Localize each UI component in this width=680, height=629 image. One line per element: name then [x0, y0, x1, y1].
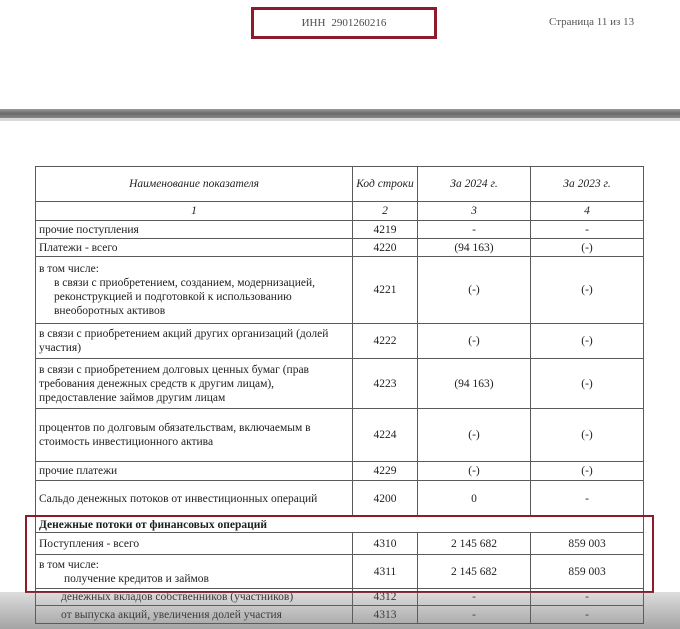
row-value-2023: (-) [531, 409, 644, 462]
row-code: 4220 [353, 239, 418, 257]
row-value-2023: (-) [531, 359, 644, 409]
row-code: 4311 [353, 555, 418, 589]
row-value-2024: (-) [418, 409, 531, 462]
inn-highlight-box: ИНН 2901260216 [251, 7, 437, 39]
section-title: Денежные потоки от финансовых операций [36, 517, 644, 533]
row-value-2023: - [531, 589, 644, 606]
table-row: Поступления - всего 4310 2 145 682 859 0… [36, 533, 644, 555]
inn-value: 2901260216 [331, 17, 386, 29]
row-name-prefix: в том числе: [39, 558, 349, 572]
table-row: Платежи - всего 4220 (94 163) (-) [36, 239, 644, 257]
col-num-4: 4 [531, 202, 644, 221]
row-value-2023: 859 003 [531, 533, 644, 555]
table-row: процентов по долговым обязательствам, вк… [36, 409, 644, 462]
table-row: в связи с приобретением долговых ценных … [36, 359, 644, 409]
row-code: 4229 [353, 462, 418, 481]
row-code: 4200 [353, 481, 418, 517]
row-value-2023: - [531, 481, 644, 517]
table-row: в том числе: получение кредитов и займов… [36, 555, 644, 589]
table-row: Сальдо денежных потоков от инвестиционны… [36, 481, 644, 517]
row-value-2023: (-) [531, 324, 644, 359]
row-value-2024: (94 163) [418, 239, 531, 257]
section-header-row: Денежные потоки от финансовых операций [36, 517, 644, 533]
row-code: 4223 [353, 359, 418, 409]
cash-flow-table: Наименование показателя Код строки За 20… [35, 166, 644, 624]
row-name: прочие поступления [36, 221, 353, 239]
row-value-2023: (-) [531, 462, 644, 481]
row-code: 4219 [353, 221, 418, 239]
row-name: Сальдо денежных потоков от инвестиционны… [36, 481, 353, 517]
row-name: получение кредитов и займов [39, 572, 349, 586]
row-name-cell: в том числе: в связи с приобретением, со… [36, 257, 353, 324]
table-row: денежных вкладов собственников (участник… [36, 589, 644, 606]
header-2023: За 2023 г. [531, 167, 644, 202]
row-value-2024: 2 145 682 [418, 533, 531, 555]
row-name: в связи с приобретением долговых ценных … [36, 359, 353, 409]
col-num-1: 1 [36, 202, 353, 221]
row-value-2024: (-) [418, 462, 531, 481]
table-header-row: Наименование показателя Код строки За 20… [36, 167, 644, 202]
row-code: 4222 [353, 324, 418, 359]
row-name: в связи с приобретением, созданием, моде… [39, 276, 349, 318]
row-code: 4310 [353, 533, 418, 555]
row-name: процентов по долговым обязательствам, вк… [36, 409, 353, 462]
row-value-2023: (-) [531, 257, 644, 324]
row-value-2024: (-) [418, 324, 531, 359]
row-value-2023: - [531, 221, 644, 239]
row-code: 4224 [353, 409, 418, 462]
row-value-2024: - [418, 589, 531, 606]
table-row: от выпуска акций, увеличения долей участ… [36, 606, 644, 624]
row-name-cell: в том числе: получение кредитов и займов [36, 555, 353, 589]
col-num-3: 3 [418, 202, 531, 221]
row-value-2024: (-) [418, 257, 531, 324]
page-separator-shadow [0, 118, 680, 121]
header-2024: За 2024 г. [418, 167, 531, 202]
row-value-2024: - [418, 606, 531, 624]
table-row: в связи с приобретением акций других орг… [36, 324, 644, 359]
row-value-2023: (-) [531, 239, 644, 257]
row-value-2024: (94 163) [418, 359, 531, 409]
row-value-2024: - [418, 221, 531, 239]
row-value-2023: 859 003 [531, 555, 644, 589]
row-value-2024: 2 145 682 [418, 555, 531, 589]
row-code: 4312 [353, 589, 418, 606]
header-code: Код строки [353, 167, 418, 202]
page-separator [0, 109, 680, 118]
inn-label: ИНН [302, 17, 326, 29]
row-code: 4221 [353, 257, 418, 324]
column-numbers-row: 1 2 3 4 [36, 202, 644, 221]
row-name-prefix: в том числе: [39, 262, 349, 276]
row-name: в связи с приобретением акций других орг… [36, 324, 353, 359]
page-indicator: Страница 11 из 13 [549, 16, 634, 28]
row-code: 4313 [353, 606, 418, 624]
table-row: прочие поступления 4219 - - [36, 221, 644, 239]
row-value-2024: 0 [418, 481, 531, 517]
row-name: Поступления - всего [36, 533, 353, 555]
row-name: от выпуска акций, увеличения долей участ… [36, 606, 353, 624]
table-row: прочие платежи 4229 (-) (-) [36, 462, 644, 481]
row-name: денежных вкладов собственников (участник… [36, 589, 353, 606]
header-name: Наименование показателя [36, 167, 353, 202]
row-value-2023: - [531, 606, 644, 624]
row-name: Платежи - всего [36, 239, 353, 257]
col-num-2: 2 [353, 202, 418, 221]
row-name: прочие платежи [36, 462, 353, 481]
table-row: в том числе: в связи с приобретением, со… [36, 257, 644, 324]
